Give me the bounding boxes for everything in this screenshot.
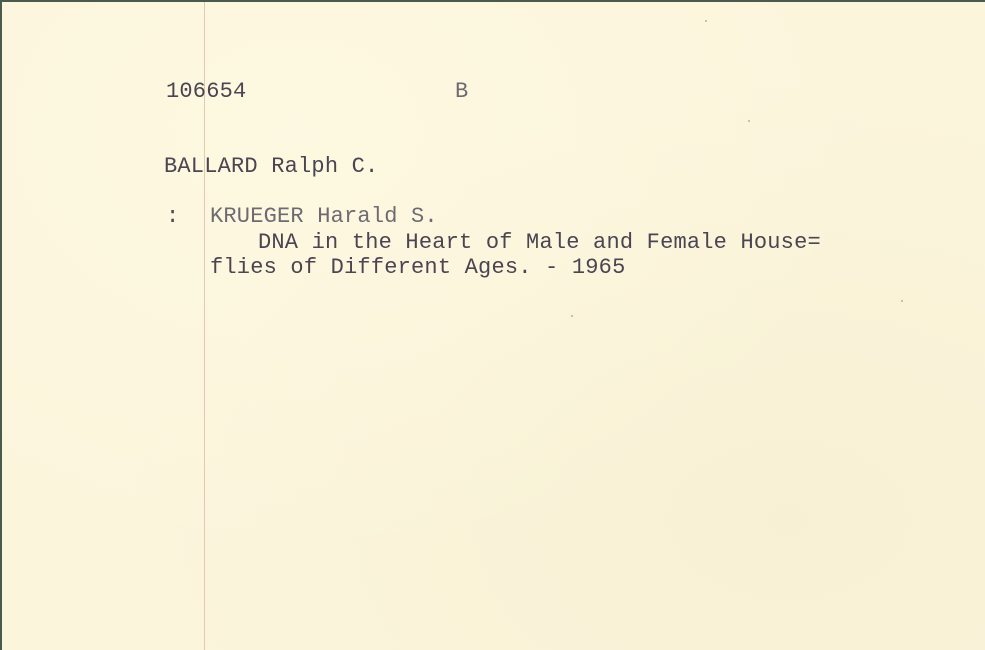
secondary-author-entry: KRUEGER Harald S.: [210, 204, 438, 229]
paper-speck: [748, 120, 750, 122]
secondary-entry-marker: :: [166, 204, 179, 229]
accession-number: 106654: [166, 79, 246, 104]
paper-speck: [571, 315, 573, 317]
title-line-1: DNA in the Heart of Male and Female Hous…: [258, 230, 821, 255]
paper-speck: [705, 20, 707, 22]
classification-letter: B: [455, 79, 468, 104]
primary-author-entry: BALLARD Ralph C.: [164, 154, 378, 179]
paper-speck: [901, 300, 903, 302]
catalog-card: 106654 B BALLARD Ralph C. : KRUEGER Hara…: [2, 2, 985, 650]
title-line-2: flies of Different Ages. - 1965: [210, 255, 625, 280]
